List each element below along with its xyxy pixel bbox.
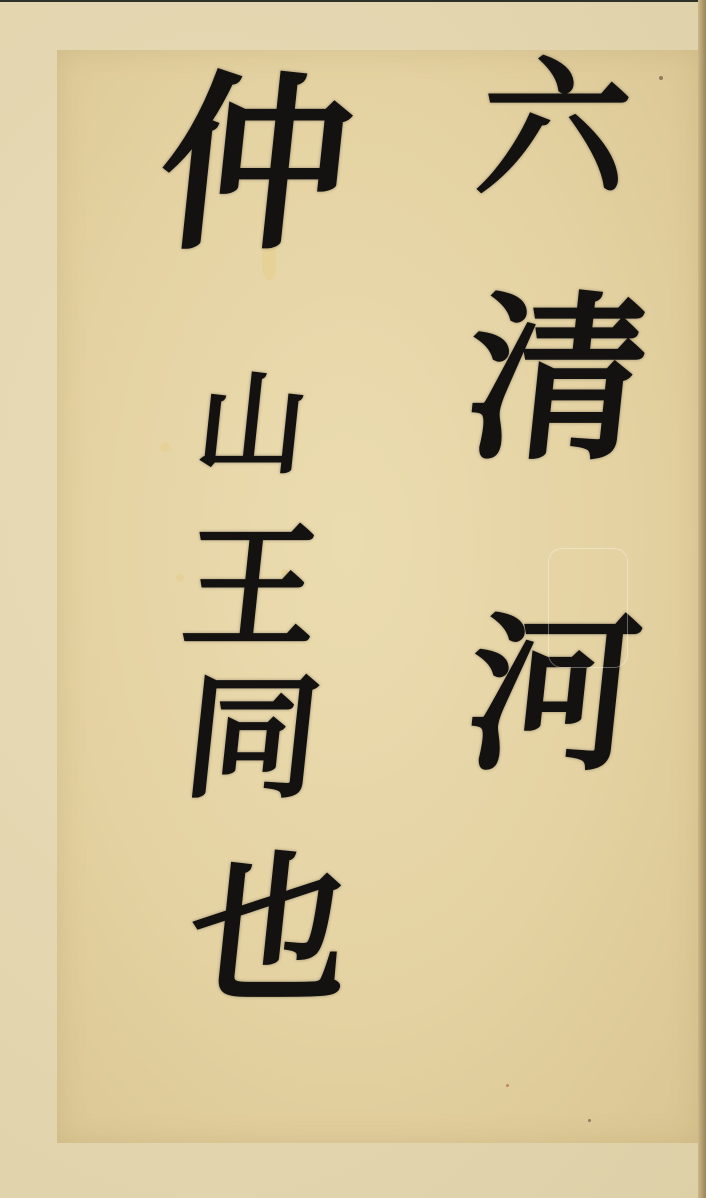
character-shan: 山 — [187, 370, 313, 520]
left-text-column: 仲 山 王 同 也 — [140, 70, 360, 1020]
character-ye: 也 — [181, 850, 359, 1020]
character-zhong: 仲 — [139, 70, 361, 370]
ink-speck — [506, 1084, 509, 1087]
right-text-column: 六 清 河 — [455, 55, 645, 845]
character-liu: 六 — [463, 55, 638, 290]
faint-watermark — [548, 548, 628, 668]
right-binding-edge — [698, 0, 706, 1198]
ink-speck — [588, 1119, 591, 1122]
ink-speck — [659, 76, 663, 80]
character-tong: 同 — [173, 670, 327, 850]
character-wang: 王 — [175, 520, 326, 670]
